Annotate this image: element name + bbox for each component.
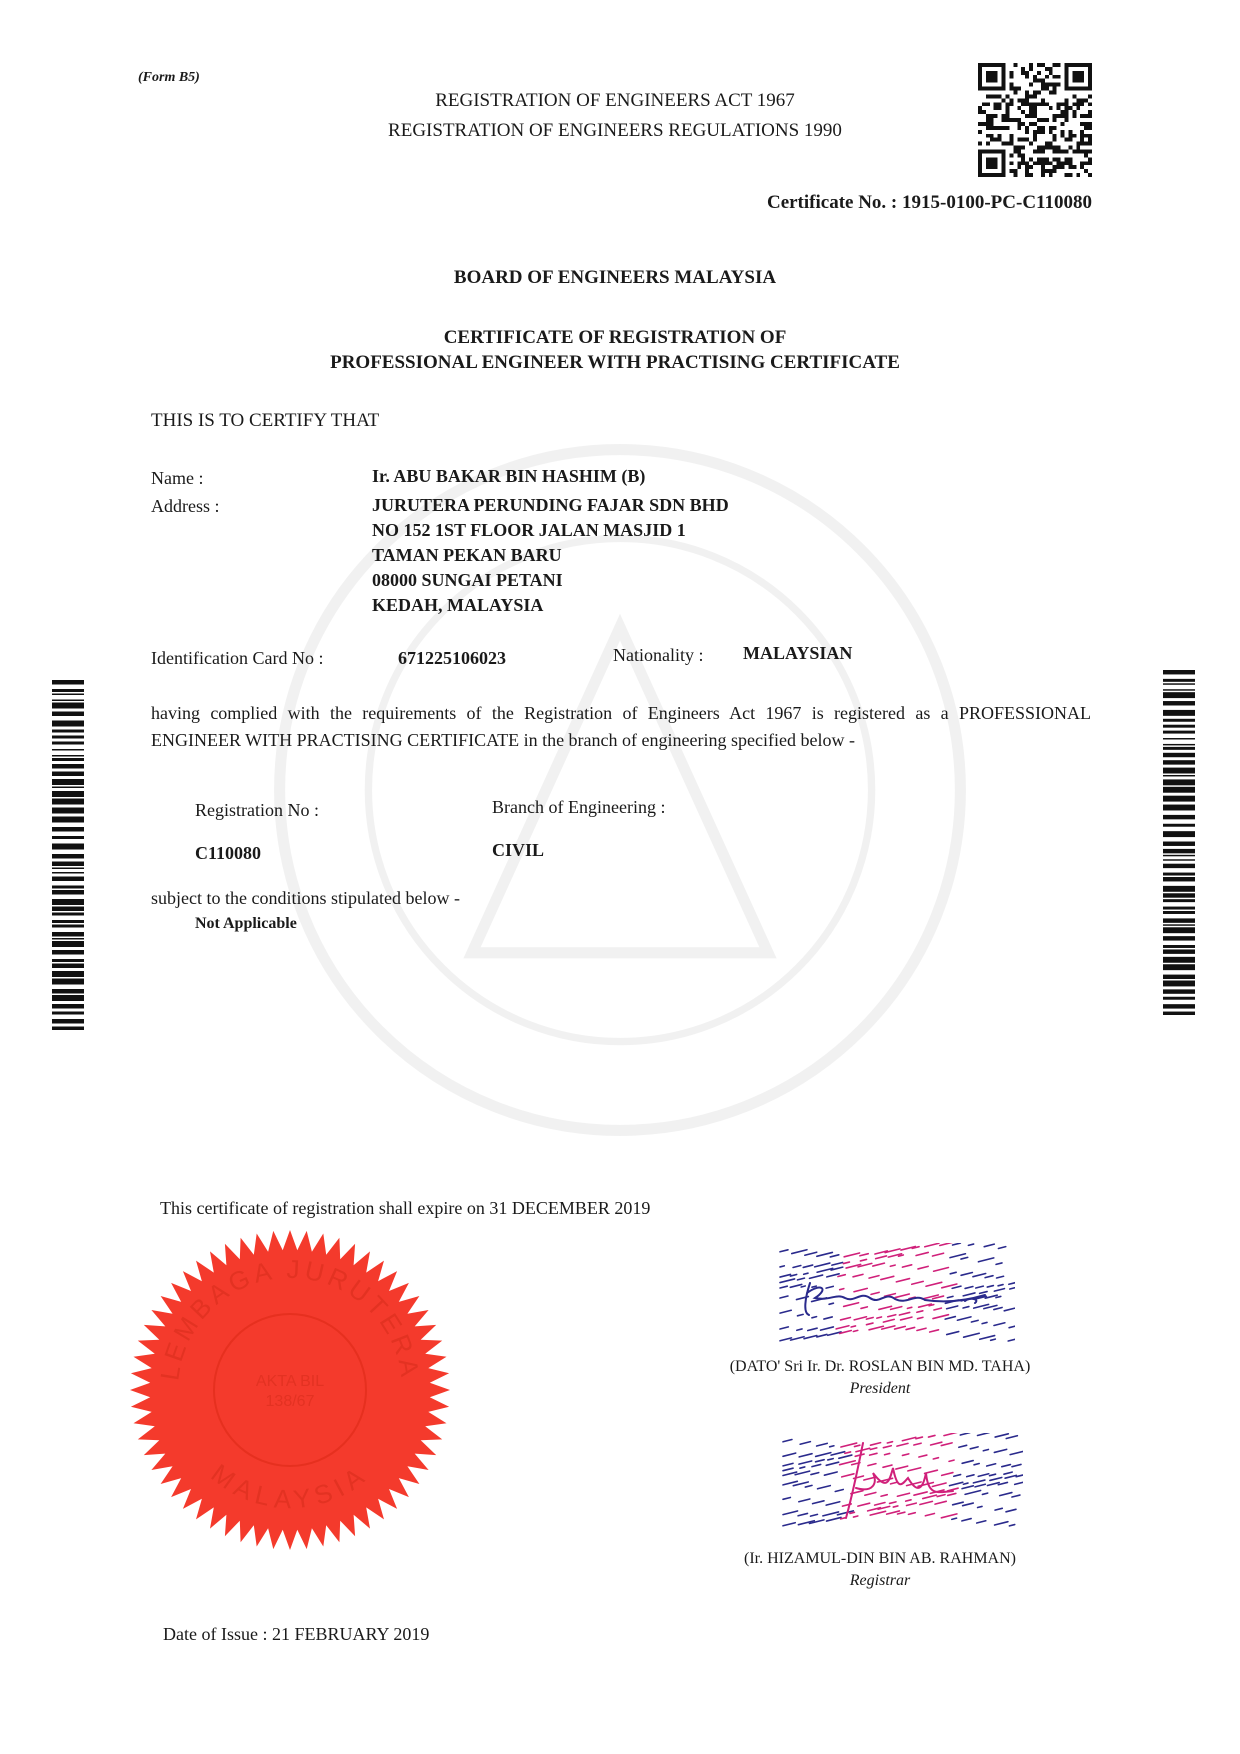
expiry-statement: This certificate of registration shall e… <box>160 1198 650 1219</box>
nationality-label: Nationality : <box>613 645 703 666</box>
registrar-role: Registrar <box>670 1572 1090 1590</box>
address-label: Address : <box>151 496 220 517</box>
address-line: NO 152 1ST FLOOR JALAN MASJID 1 <box>372 518 729 543</box>
name-label: Name : <box>151 468 203 489</box>
certificate-title-line-2: PROFESSIONAL ENGINEER WITH PRACTISING CE… <box>0 352 1235 374</box>
address-line: 08000 SUNGAI PETANI <box>372 568 729 593</box>
president-name: (DATO' Sri Ir. Dr. ROSLAN BIN MD. TAHA) <box>670 1358 1090 1376</box>
date-of-issue: Date of Issue : 21 FEBRUARY 2019 <box>163 1624 429 1645</box>
certificate-title-line-1: CERTIFICATE OF REGISTRATION OF <box>0 327 1235 349</box>
address-line: JURUTERA PERUNDING FAJAR SDN BHD <box>372 493 729 518</box>
address-line: TAMAN PEKAN BARU <box>372 543 729 568</box>
official-seal-icon: LEMBAGA JURUTERA MALAYSIA AKTA BIL 138/6… <box>128 1228 452 1552</box>
seal-inner-text-2: 138/67 <box>266 1393 315 1410</box>
president-role: President <box>670 1380 1090 1398</box>
president-signature-icon <box>775 1243 1015 1343</box>
issuing-board: BOARD OF ENGINEERS MALAYSIA <box>0 267 1235 289</box>
branch-label: Branch of Engineering : <box>492 797 665 818</box>
ic-label: Identification Card No : <box>151 648 323 669</box>
address-line: KEDAH, MALAYSIA <box>372 593 729 618</box>
conditions-value: Not Applicable <box>195 915 297 933</box>
registrar-signature-icon <box>778 1433 1023 1528</box>
qr-code-icon <box>977 63 1093 177</box>
registrar-name: (Ir. HIZAMUL-DIN BIN AB. RAHMAN) <box>670 1550 1090 1568</box>
form-tag: (Form B5) <box>138 70 200 86</box>
certificate-number: Certificate No. : 1915-0100-PC-C110080 <box>767 192 1092 214</box>
address-block: JURUTERA PERUNDING FAJAR SDN BHD NO 152 … <box>372 493 729 618</box>
registration-no-label: Registration No : <box>195 800 319 821</box>
barcode-right-icon <box>1163 670 1195 1015</box>
registration-no-value: C110080 <box>195 843 261 864</box>
conditions-label: subject to the conditions stipulated bel… <box>151 888 460 909</box>
nationality-value: MALAYSIAN <box>743 643 852 664</box>
compliance-paragraph: having complied with the requirements of… <box>151 700 1091 754</box>
ic-value: 671225106023 <box>398 648 506 669</box>
certify-statement: THIS IS TO CERTIFY THAT <box>151 410 379 432</box>
seal-inner-text-1: AKTA BIL <box>256 1373 324 1390</box>
barcode-left-icon <box>52 680 84 1030</box>
name-value: Ir. ABU BAKAR BIN HASHIM (B) <box>372 466 645 487</box>
branch-value: CIVIL <box>492 840 544 861</box>
